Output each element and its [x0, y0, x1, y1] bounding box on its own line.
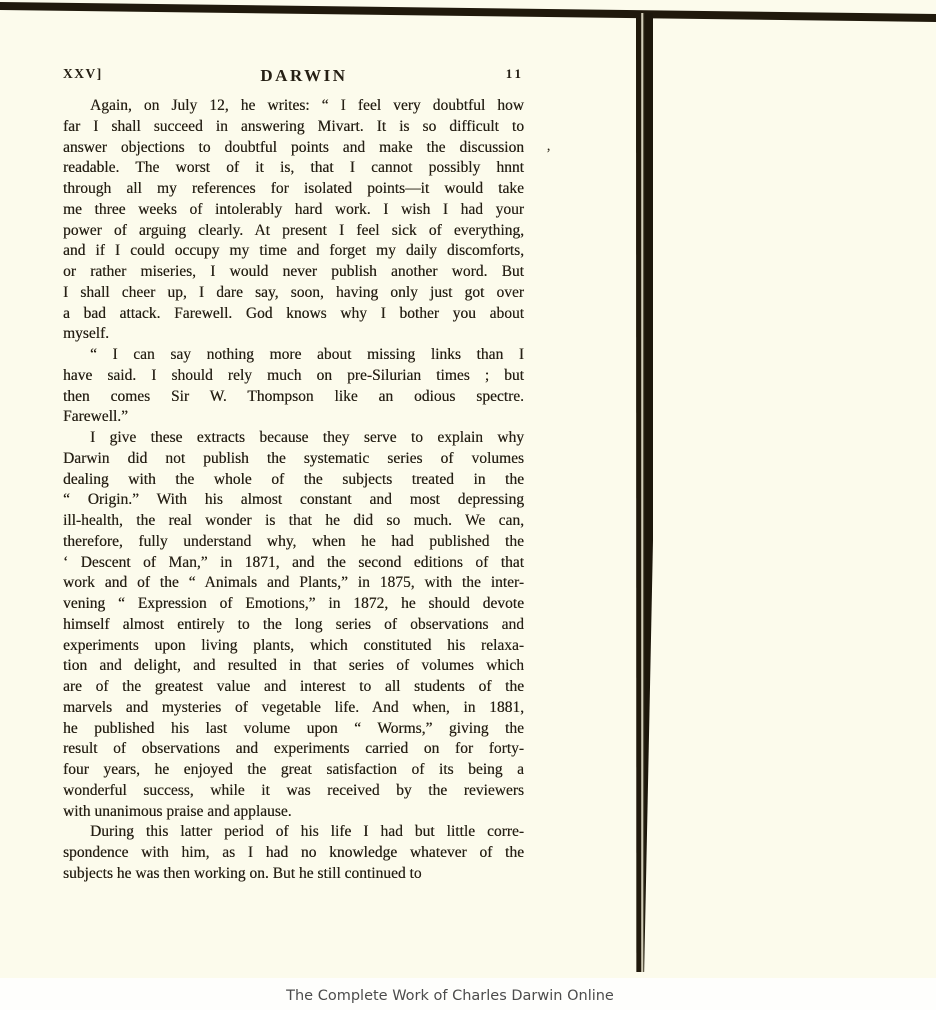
- text-line: “ Origin.” With his almost constant and …: [63, 490, 524, 511]
- text-line: I shall cheer up, I dare say, soon, havi…: [63, 283, 524, 304]
- text-line: I give these extracts because they serve…: [63, 428, 524, 449]
- text-line: with unanimous praise and applause.: [63, 802, 524, 823]
- text-line: spondence with him, as I had no knowledg…: [63, 843, 524, 864]
- text-line: subjects he was then working on. But he …: [63, 864, 524, 885]
- text-line: Again, on July 12, he writes: “ I feel v…: [63, 96, 524, 117]
- text-line: or rather miseries, I would never publis…: [63, 262, 524, 283]
- text-block: Again, on July 12, he writes: “ I feel v…: [63, 96, 524, 885]
- running-title: DARWIN: [260, 66, 347, 86]
- text-line: During this latter period of his life I …: [63, 822, 524, 843]
- text-line: Darwin did not publish the systematic se…: [63, 449, 524, 470]
- text-line: wonderful success, while it was received…: [63, 781, 524, 802]
- text-line: “ I can say nothing more about missing l…: [63, 345, 524, 366]
- text-line: me three weeks of intolerably hard work.…: [63, 200, 524, 221]
- text-line: a bad attack. Farewell. God knows why I …: [63, 304, 524, 325]
- text-line: through all my references for isolated p…: [63, 179, 524, 200]
- site-caption: The Complete Work of Charles Darwin Onli…: [286, 988, 614, 1004]
- text-line: answer objections to doubtful points and…: [63, 138, 524, 159]
- book-gutter-line: [636, 13, 653, 972]
- text-line: Farewell.”: [63, 407, 524, 428]
- paragraph: Again, on July 12, he writes: “ I feel v…: [63, 96, 524, 345]
- ink-speck-mark: ’: [546, 146, 551, 163]
- text-line: work and of the “ Animals and Plants,” i…: [63, 573, 524, 594]
- text-line: myself.: [63, 324, 524, 345]
- text-line: and if I could occupy my time and forget…: [63, 241, 524, 262]
- text-line: are of the greatest value and interest t…: [63, 677, 524, 698]
- text-line: ‘ Descent of Man,” in 1871, and the seco…: [63, 553, 524, 574]
- text-line: ill-health, the real wonder is that he d…: [63, 511, 524, 532]
- page-header: XXV] DARWIN 11: [63, 66, 524, 82]
- scanned-book-page: XXV] DARWIN 11 Again, on July 12, he wri…: [0, 0, 936, 1010]
- paragraph: I give these extracts because they serve…: [63, 428, 524, 822]
- text-line: vening “ Expression of Emotions,” in 187…: [63, 594, 524, 615]
- text-line: he published his last volume upon “ Worm…: [63, 719, 524, 740]
- text-line: readable. The worst of it is, that I can…: [63, 158, 524, 179]
- paragraph: “ I can say nothing more about missing l…: [63, 345, 524, 428]
- text-line: himself almost entirely to the long seri…: [63, 615, 524, 636]
- footer-strip: The Complete Work of Charles Darwin Onli…: [0, 978, 936, 1010]
- scan-top-rule: [0, 2, 936, 22]
- text-line: far I shall succeed in answering Mivart.…: [63, 117, 524, 138]
- text-line: tion and delight, and resulted in that s…: [63, 656, 524, 677]
- text-line: therefore, fully understand why, when he…: [63, 532, 524, 553]
- text-line: then comes Sir W. Thompson like an odiou…: [63, 387, 524, 408]
- signature-mark: XXV]: [63, 66, 103, 82]
- text-line: have said. I should rely much on pre-Sil…: [63, 366, 524, 387]
- text-line: result of observations and experiments c…: [63, 739, 524, 760]
- text-line: experiments upon living plants, which co…: [63, 636, 524, 657]
- page-number: 11: [506, 66, 524, 82]
- text-line: marvels and mysteries of vegetable life.…: [63, 698, 524, 719]
- paragraph: During this latter period of his life I …: [63, 822, 524, 884]
- text-line: power of arguing clearly. At present I f…: [63, 221, 524, 242]
- text-line: dealing with the whole of the subjects t…: [63, 470, 524, 491]
- text-line: four years, he enjoyed the great satisfa…: [63, 760, 524, 781]
